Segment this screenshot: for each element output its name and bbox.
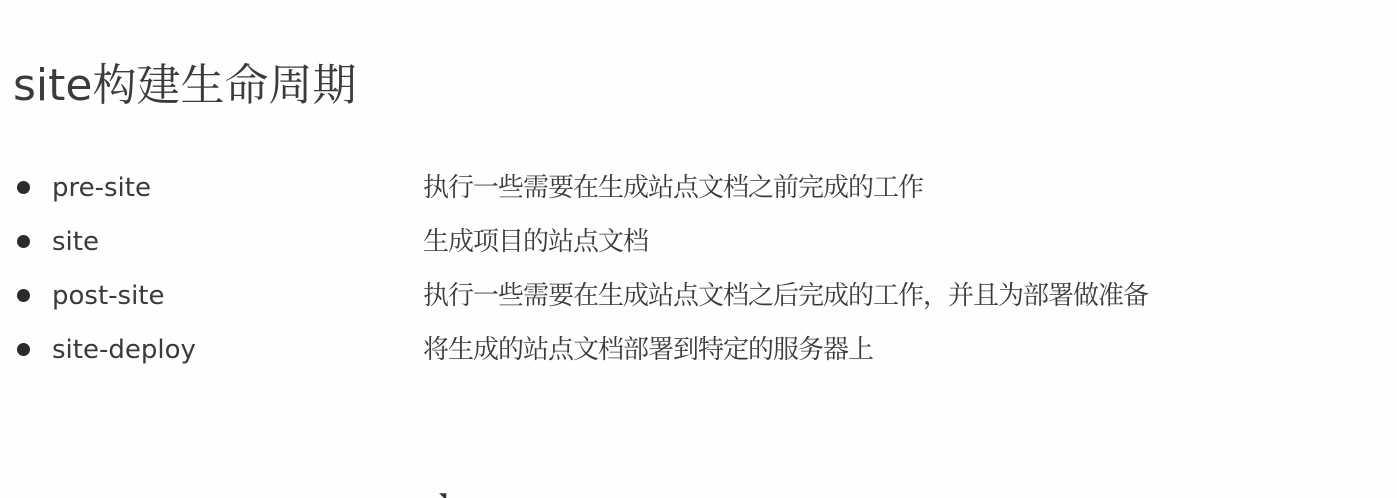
mouse-pointer-icon [439,490,450,498]
phase-description: 将生成的站点文档部署到特定的服务器上 [423,332,873,368]
phase-name: post-site [52,278,165,314]
phase-description: 生成项目的站点文档 [423,224,648,260]
bullet-icon [17,343,30,356]
phase-description: 执行一些需要在生成站点文档之后完成的工作，并且为部署做准备 [423,278,1148,314]
list-item-post-site: post-site 执行一些需要在生成站点文档之后完成的工作，并且为部署做准备 [0,272,1397,326]
list-item-site-deploy: site-deploy 将生成的站点文档部署到特定的服务器上 [0,326,1397,380]
bullet-icon [17,289,30,302]
bullet-icon [17,235,30,248]
phase-name: site-deploy [52,332,196,368]
list-item-site: site 生成项目的站点文档 [0,218,1397,272]
bullet-icon [17,181,30,194]
lifecycle-phase-list: pre-site 执行一些需要在生成站点文档之前完成的工作 site 生成项目的… [0,164,1397,380]
phase-name: site [52,224,99,260]
slide: site构建生命周期 pre-site 执行一些需要在生成站点文档之前完成的工作… [0,0,1397,498]
phase-name: pre-site [52,170,151,206]
list-item-pre-site: pre-site 执行一些需要在生成站点文档之前完成的工作 [0,164,1397,218]
phase-description: 执行一些需要在生成站点文档之前完成的工作 [423,170,923,206]
slide-title: site构建生命周期 [13,56,356,116]
